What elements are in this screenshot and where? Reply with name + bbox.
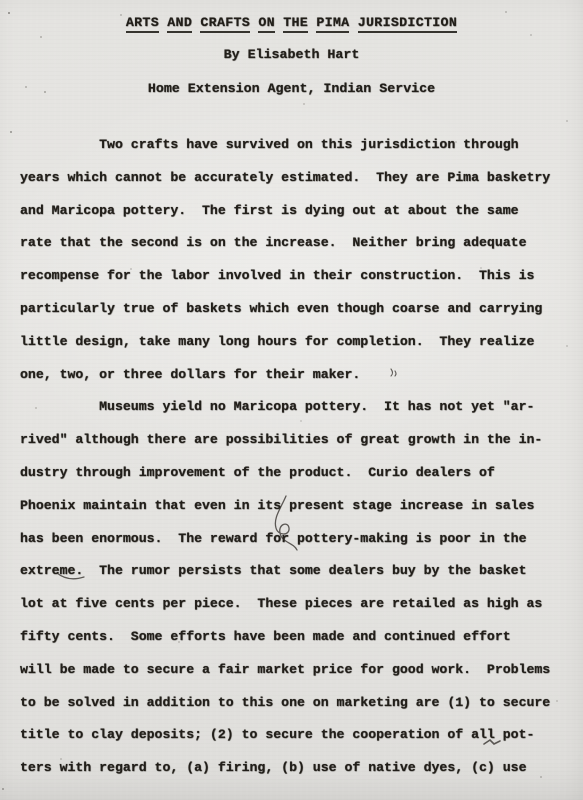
text-line: Phoenix maintain that even in its presen…	[20, 490, 565, 523]
document-title: ARTS AND CRAFTS ON THE PIMA JURISDICTION	[0, 10, 583, 36]
text-line: rate that the second is on the increase.…	[20, 227, 565, 260]
text-line: Museums yield no Maricopa pottery. It ha…	[20, 391, 565, 424]
byline: By Elisabeth Hart	[0, 42, 583, 68]
text-line: particularly true of baskets which even …	[20, 293, 565, 326]
document-body: Two crafts have survived on this jurisdi…	[0, 129, 583, 785]
text-line: ters with regard to, (a) firing, (b) use…	[20, 752, 565, 785]
title-word: CRAFTS	[200, 15, 250, 33]
text-line: will be made to secure a fair market pri…	[20, 654, 565, 687]
text-line: one, two, or three dollars for their mak…	[20, 359, 565, 392]
title-word: ARTS	[126, 15, 159, 33]
title-word: ON	[258, 15, 275, 33]
text-line: Two crafts have survived on this jurisdi…	[20, 129, 565, 162]
affiliation: Home Extension Agent, Indian Service	[0, 76, 583, 102]
text-line: fifty cents. Some efforts have been made…	[20, 621, 565, 654]
text-line: rived" although there are possibilities …	[20, 424, 565, 457]
text-line: has been enormous. The reward for potter…	[20, 523, 565, 556]
title-word: JURISDICTION	[358, 15, 457, 33]
text-line: and Maricopa pottery. The first is dying…	[20, 195, 565, 228]
text-line: recompense for the labor involved in the…	[20, 260, 565, 293]
text-line: dustry through improvement of the produc…	[20, 457, 565, 490]
title-word: THE	[283, 15, 308, 33]
text-line: lot at five cents per piece. These piece…	[20, 588, 565, 621]
title-word: PIMA	[316, 15, 349, 33]
text-line: years which cannot be accurately estimat…	[20, 162, 565, 195]
document-header: ARTS AND CRAFTS ON THE PIMA JURISDICTION…	[0, 10, 583, 102]
title-word: AND	[167, 15, 192, 33]
text-line: extreme. The rumor persists that some de…	[20, 555, 565, 588]
text-line: to be solved in addition to this one on …	[20, 687, 565, 720]
text-line: title to clay deposits; (2) to secure th…	[20, 719, 565, 752]
text-line: little design, take many long hours for …	[20, 326, 565, 359]
paper-specks	[0, 0, 2, 2]
document-page: ARTS AND CRAFTS ON THE PIMA JURISDICTION…	[0, 0, 583, 800]
